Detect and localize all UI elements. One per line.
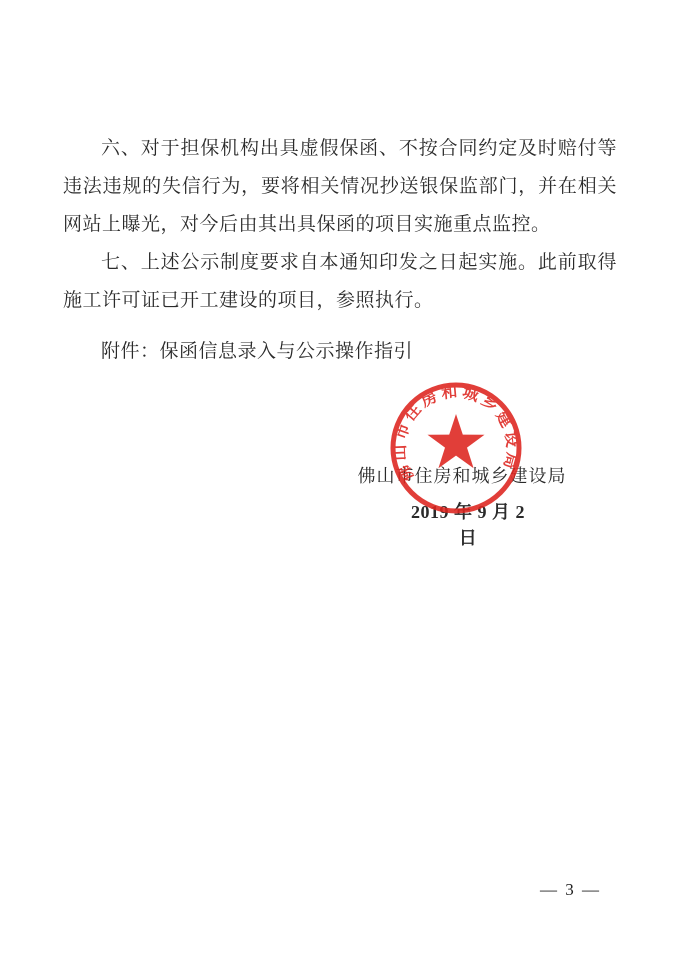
issue-date: 2019 年 9 月 2 日: [402, 498, 534, 550]
seal-star-icon: [428, 414, 485, 468]
document-body: 六、对于担保机构出具虚假保函、不按合同约定及时赔付等违法违规的失信行为，要将相关…: [63, 130, 617, 371]
paragraph-six: 六、对于担保机构出具虚假保函、不按合同约定及时赔付等违法违规的失信行为，要将相关…: [63, 130, 617, 244]
issuing-agency-signature: 佛山市住房和城乡建设局: [352, 462, 572, 488]
official-seal-graphic: 佛山市住房和城乡建设局: [386, 378, 526, 518]
official-seal: 佛山市住房和城乡建设局: [386, 378, 526, 518]
seal-ring: [393, 385, 519, 511]
attachment-line: 附件：保函信息录入与公示操作指引: [63, 333, 617, 371]
paragraph-seven: 七、上述公示制度要求自本通知印发之日起实施。此前取得施工许可证已开工建设的项目，…: [63, 244, 617, 320]
page-number: — 3 —: [540, 880, 601, 900]
document-page: 六、对于担保机构出具虚假保函、不按合同约定及时赔付等违法违规的失信行为，要将相关…: [0, 0, 680, 962]
